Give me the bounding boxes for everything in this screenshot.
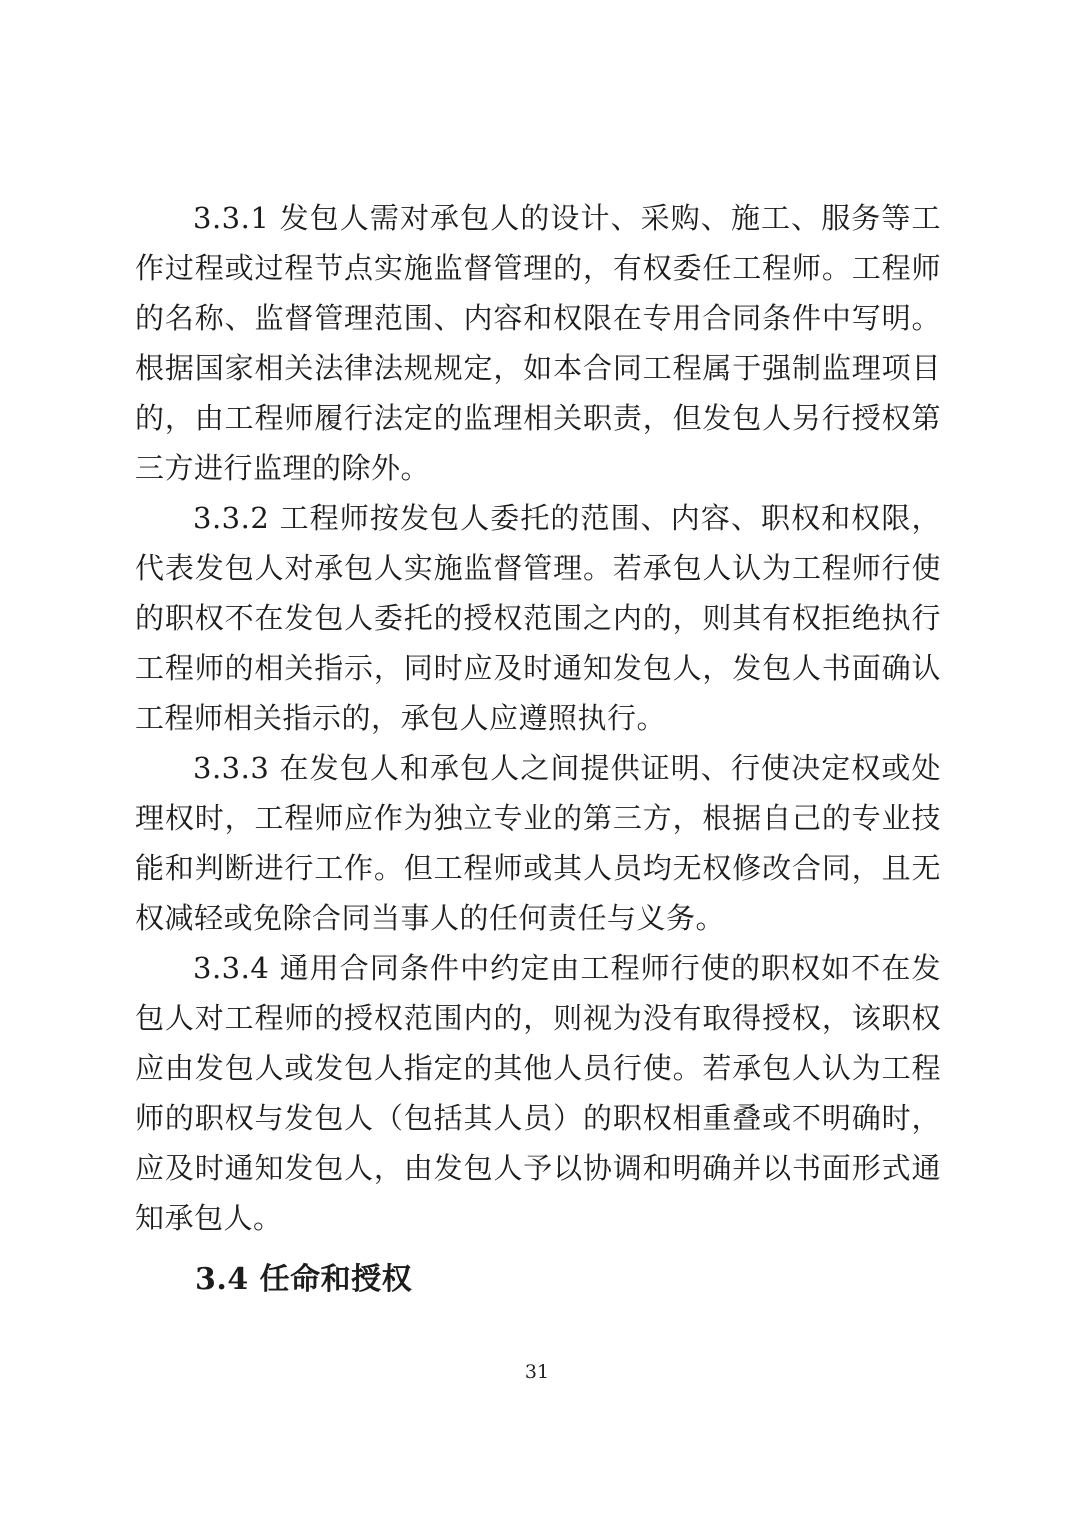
- document-body: 3.3.1 发包人需对承包人的设计、采购、施工、服务等工作过程或过程节点实施监督…: [135, 193, 941, 1305]
- page-number: 31: [0, 1360, 1074, 1384]
- paragraph-3-3-4: 3.3.4 通用合同条件中约定由工程师行使的职权如不在发包人对工程师的授权范围内…: [135, 943, 941, 1243]
- section-heading-3-4: 3.4 任命和授权: [135, 1255, 941, 1305]
- document-page: 3.3.1 发包人需对承包人的设计、采购、施工、服务等工作过程或过程节点实施监督…: [0, 0, 1074, 1520]
- paragraph-3-3-3: 3.3.3 在发包人和承包人之间提供证明、行使决定权或处理权时，工程师应作为独立…: [135, 743, 941, 943]
- paragraph-3-3-1: 3.3.1 发包人需对承包人的设计、采购、施工、服务等工作过程或过程节点实施监督…: [135, 193, 941, 493]
- paragraph-3-3-2: 3.3.2 工程师按发包人委托的范围、内容、职权和权限，代表发包人对承包人实施监…: [135, 493, 941, 743]
